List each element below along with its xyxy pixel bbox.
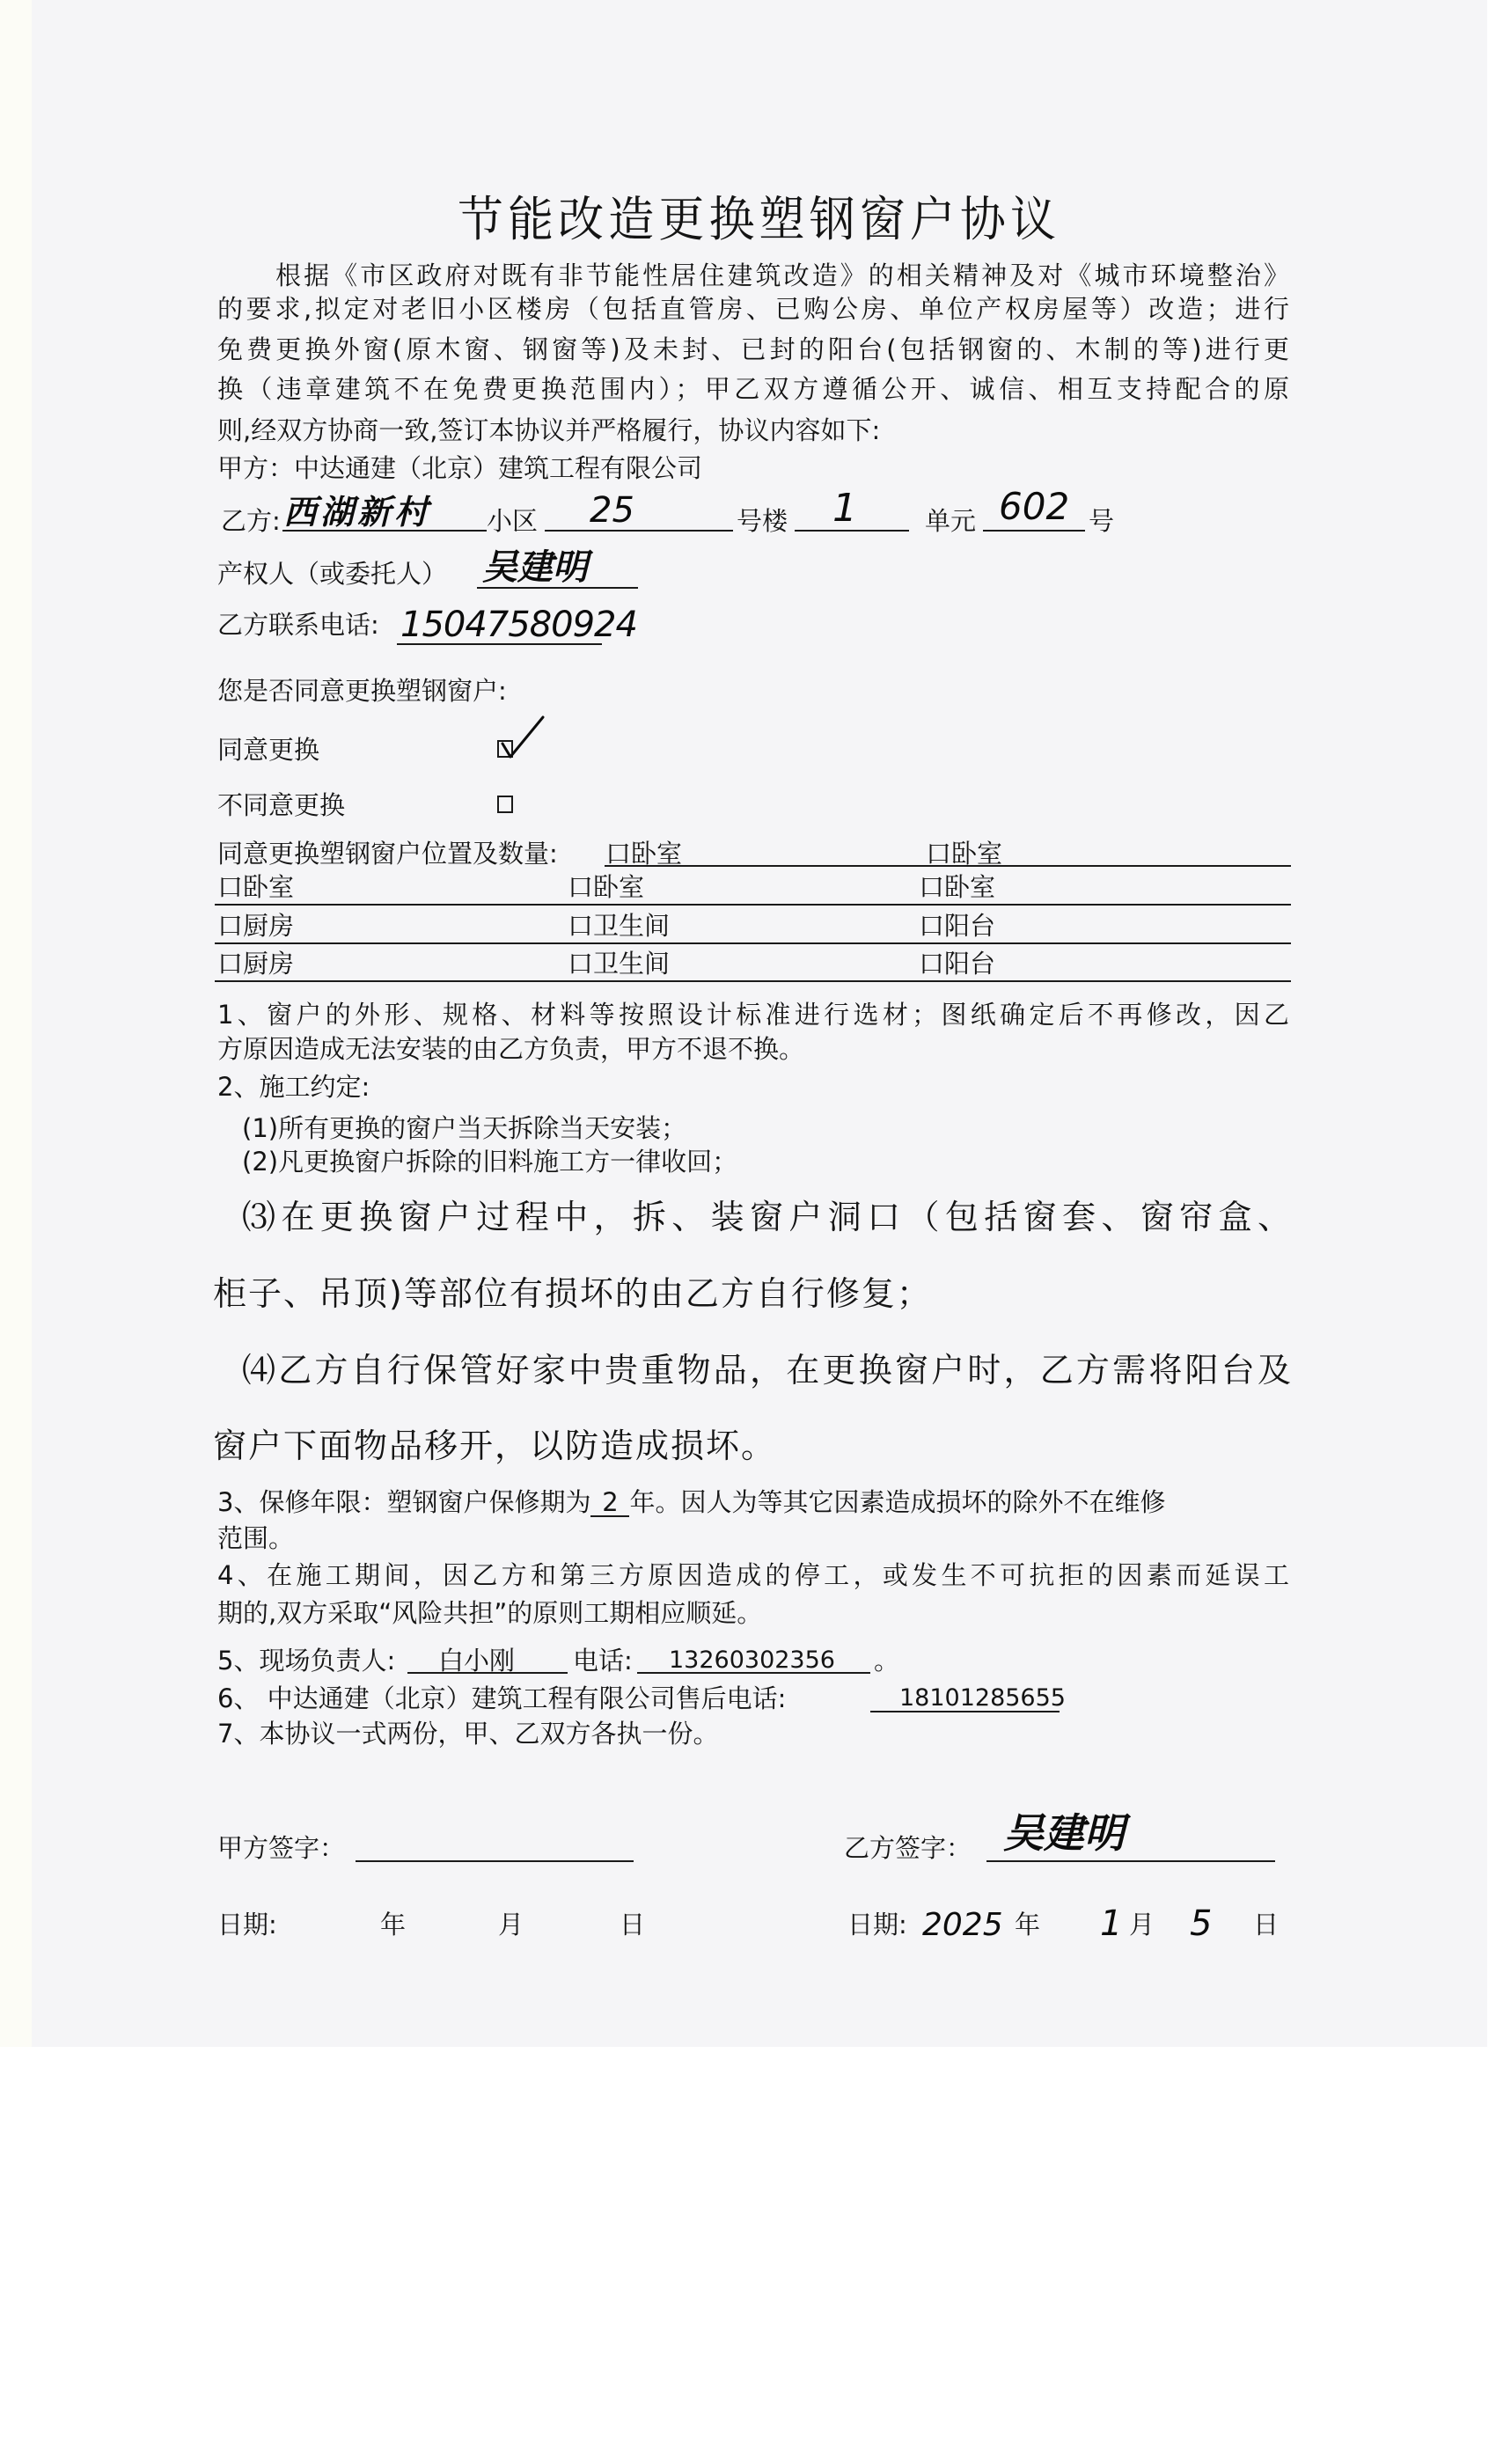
- table-line: [215, 980, 1291, 982]
- unit-underline: [795, 530, 909, 532]
- phone-label: 乙方联系电话:: [217, 612, 379, 638]
- scan-edge: [0, 0, 32, 2047]
- intro-line: 则,经双方协商一致,签订本协议并严格履行，协议内容如下:: [217, 418, 880, 444]
- intro-line: 免费更换外窗(原木窗、钢窗等)及未封、已封的阳台(包括钢窗的、木制的等)进行更: [217, 337, 1289, 363]
- term-2-item-big: 窗户下面物品移开，以防造成损坏。: [213, 1429, 776, 1463]
- site-phone: 13260302356: [669, 1648, 835, 1672]
- party-b-signature[interactable]: 吴建明: [1003, 1813, 1125, 1853]
- party-a: 甲方：中达通建（北京）建筑工程有限公司: [217, 456, 702, 481]
- building-suffix: 号楼: [737, 509, 788, 534]
- party-b-day[interactable]: 5: [1190, 1906, 1212, 1941]
- intro-line: 换（违章建筑不在免费更换范围内）；甲乙双方遵循公开、诚信、相互支持配合的原: [217, 377, 1289, 402]
- table-line: [215, 942, 1291, 944]
- consent-agree-label: 同意更换: [217, 737, 319, 763]
- term-2-item: (1)所有更换的窗户当天拆除当天安装；: [242, 1116, 686, 1141]
- check-mark-icon: [0, 0, 1, 1]
- party-b-date-label: 日期:: [847, 1912, 907, 1938]
- owner-signature[interactable]: 吴建明: [482, 550, 588, 585]
- room-suffix: 号: [1089, 509, 1114, 534]
- party-a-year-unit: 年: [380, 1912, 406, 1938]
- party-a-signature-field[interactable]: [356, 1860, 634, 1862]
- table-line: [605, 865, 1291, 867]
- consent-disagree-label: 不同意更换: [217, 793, 345, 818]
- window-option[interactable]: 口卧室: [217, 875, 294, 900]
- table-line: [215, 904, 1291, 906]
- site-phone-label: 电话:: [573, 1648, 633, 1674]
- party-b-signature-label: 乙方签字：: [844, 1836, 972, 1861]
- term-4-line: 期的,双方采取“风险共担”的原则工期相应顺延。: [217, 1601, 762, 1626]
- party-a-day-unit: 日: [620, 1912, 645, 1938]
- party-b-month[interactable]: 1: [1100, 1906, 1122, 1941]
- unit-suffix: 单元: [925, 509, 976, 534]
- window-option[interactable]: 口卧室: [919, 875, 995, 900]
- building-field[interactable]: 25: [590, 493, 634, 528]
- term-1-line: 1、窗户的外形、规格、材料等按照设计标准进行选材；图纸确定后不再修改，因乙: [217, 1002, 1289, 1028]
- party-b-year[interactable]: 2025: [922, 1910, 1003, 1941]
- document-title: 节能改造更换塑钢窗户协议: [458, 196, 1056, 245]
- term-1-line: 方原因造成无法安装的由乙方负责，甲方不退不换。: [217, 1037, 804, 1062]
- window-option[interactable]: 口卧室: [926, 841, 1002, 867]
- term-3-prefix: 3、保修年限：塑钢窗户保修期为: [217, 1487, 590, 1517]
- party-b-signature-line: [986, 1860, 1275, 1862]
- term-4-line: 4、在施工期间，因乙方和第三方原因造成的停工，或发生不可抗拒的因素而延误工: [217, 1563, 1289, 1588]
- window-option[interactable]: 口阳台: [919, 913, 995, 939]
- term-5-end: 。: [874, 1648, 899, 1674]
- consent-question: 您是否同意更换塑钢窗户:: [217, 678, 507, 704]
- phone-underline: [397, 643, 602, 645]
- term-5-label: 5、现场负责人:: [217, 1648, 395, 1674]
- owner-label: 产权人（或委托人）: [217, 561, 447, 587]
- term-7: 7、本协议一式两份，甲、乙双方各执一份。: [217, 1721, 718, 1747]
- room-underline: [983, 530, 1085, 532]
- term-2-item-big: ⑶在更换窗户过程中，拆、装窗户洞口（包括窗套、窗帘盒、: [242, 1200, 1291, 1234]
- term-2-title: 2、施工约定:: [217, 1074, 370, 1100]
- term-3-suffix: 年。因人为等其它因素造成损坏的除外不在维修: [629, 1487, 1165, 1517]
- phone-field[interactable]: 15047580924: [400, 607, 637, 642]
- window-option[interactable]: 口卧室: [568, 875, 644, 900]
- term-2-item-big: ⑷乙方自行保管好家中贵重物品，在更换窗户时，乙方需将阳台及: [242, 1353, 1291, 1387]
- party-b-label: 乙方:: [221, 509, 281, 534]
- intro-line: 根据《市区政府对既有非节能性居住建筑改造》的相关精神及对《城市环境整治》: [275, 263, 1289, 289]
- term-2-item: (2)凡更换窗户拆除的旧料施工方一律收回；: [242, 1149, 737, 1175]
- window-option[interactable]: 口厨房: [217, 951, 294, 977]
- unit-field[interactable]: 1: [832, 489, 857, 528]
- after-sales-phone: 18101285655: [899, 1686, 1066, 1710]
- building-underline: [545, 530, 733, 532]
- term-2-item-big: 柜子、吊顶)等部位有损坏的由乙方自行修复；: [213, 1277, 932, 1310]
- party-a-date-label: 日期:: [217, 1912, 277, 1938]
- window-option[interactable]: 口卧室: [605, 841, 682, 867]
- room-field[interactable]: 602: [999, 488, 1069, 525]
- party-b-day-unit: 日: [1253, 1912, 1279, 1938]
- disagree-checkbox[interactable]: [497, 796, 513, 813]
- party-b-month-unit: 月: [1129, 1912, 1155, 1938]
- community-field[interactable]: 西湖新村: [283, 495, 431, 529]
- term-3-line: 3、保修年限：塑钢窗户保修期为2年。因人为等其它因素造成损坏的除外不在维修: [217, 1490, 1165, 1517]
- party-a-signature-label: 甲方签字：: [217, 1836, 345, 1861]
- site-manager-name: 白小刚: [438, 1648, 515, 1674]
- window-option[interactable]: 口卫生间: [568, 951, 670, 977]
- windows-label: 同意更换塑钢窗户位置及数量:: [217, 841, 558, 867]
- window-option[interactable]: 口阳台: [919, 951, 995, 977]
- term-6-label: 6、 中达通建（北京）建筑工程有限公司售后电话:: [217, 1686, 786, 1712]
- community-underline: [282, 530, 487, 532]
- party-b-year-unit: 年: [1015, 1912, 1040, 1938]
- site-phone-underline: [637, 1672, 870, 1674]
- party-a-month-unit: 月: [498, 1912, 524, 1938]
- warranty-years: 2: [590, 1490, 629, 1517]
- term-3-line2: 范围。: [217, 1526, 294, 1551]
- window-option[interactable]: 口厨房: [217, 913, 294, 939]
- window-option[interactable]: 口卫生间: [568, 913, 670, 939]
- owner-underline: [477, 587, 638, 589]
- intro-line: 的要求,拟定对老旧小区楼房（包括直管房、已购公房、单位产权房屋等）改造；进行: [217, 297, 1289, 322]
- site-manager-underline: [407, 1672, 568, 1674]
- community-suffix: 小区: [487, 509, 538, 534]
- after-sales-underline: [870, 1711, 1060, 1712]
